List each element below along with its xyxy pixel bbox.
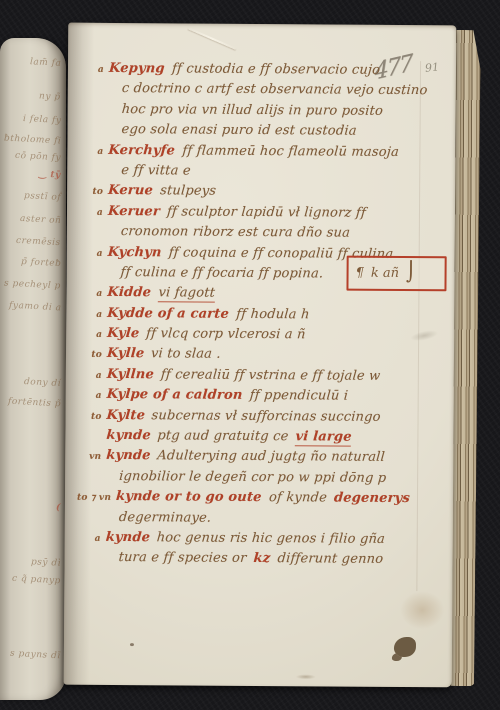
manuscript-line: tura e ff species orkzdifferunt genno [76,550,442,573]
headword: Kylle [106,346,145,361]
headword: kynde [106,428,152,443]
manuscript-line: ignobilior le degeñ cor po w ppi dōng p [77,469,443,492]
bleed-through-text: ƀtholome fi [3,134,61,147]
bleed-through-text: fortēntis p̃ [8,397,61,410]
margin-letter: a [80,65,109,75]
headword: Keruer [107,204,160,219]
manuscript-line: toKeruestulpeys [79,183,445,206]
manuscript-line: aKylpe of a caldronff ppendiculū i [78,387,444,410]
margin-letter: a [78,289,107,299]
paper-stain [400,591,444,629]
bleed-through-text: c q̃ panyp [12,574,61,587]
margin-letter: a [78,371,107,381]
manuscript-line: toKyllevi to slaa . [78,346,444,369]
line-segment: ignobilior le degeñ cor po w ppi dōng p [119,469,387,486]
headword: kynde [106,448,152,463]
margin-letter: to ⁊ vn [77,493,116,503]
margin-letter: a [79,146,108,156]
line-segment: ff hodula h [235,307,309,323]
manuscript-line: ego sola enasi puro id est custodia [79,122,445,145]
line-segment: ff sculptor lapidū vł lignorz ff [166,204,366,220]
manuscript-page: 477 91 aKepyngff custodia e ff observaci… [64,23,457,688]
edge-smudge [296,674,316,679]
bleed-through-text: cō pōn fy [15,151,62,163]
manuscript-line: vnkyndeAdulterying aud jugtg ño naturall [77,448,443,471]
bleed-through-text: ny p̃ [39,91,61,102]
small-speck [130,643,134,646]
line-segment: ff culina e ff focaria ff popina. [120,265,324,281]
line-segment: kz [253,551,271,566]
headword: Kepyng [108,61,165,76]
bleed-through-text: s pecheyl p [4,279,61,292]
line-segment: ff flammeū hoc flameolū masoja [181,143,399,160]
manuscript-line: aKeruerff sculptor lapidū vł lignorz ff [79,203,445,226]
rubricated-box: ¶ k añ ⌡ [346,256,446,292]
headword: Kyle [107,326,140,341]
line-segment: degenerys [333,491,410,507]
manuscript-line: c doctrino c artf est observancia vejo c… [80,81,446,104]
ink-blot-stain [394,637,416,657]
line-segment: e ff vitta e [121,163,192,178]
margin-letter: to [78,350,107,360]
bleed-through-text: s payns dī [10,649,61,662]
manuscript-photo: lam̃ fany p̃i fela fyƀtholome ficō pōn f… [0,0,500,710]
headword: Kerue [108,183,154,198]
manuscript-line: toKyltesubcernas vł sufforcinas succingo [77,407,443,430]
headword: Kychyn [107,244,162,259]
margin-letter: a [79,207,108,217]
line-segment: ego sola enasi puro id est custodia [121,122,357,139]
manuscript-line: cronomon riborz est cura dño sua [79,224,445,247]
previous-page-edge: lam̃ fany p̃i fela fyƀtholome ficō pōn f… [0,38,66,700]
bleed-through-text: cremēsis [16,236,61,248]
manuscript-line: aKydde of a carteff hodula h [78,305,444,328]
line-segment: vi large [295,429,353,446]
paper-crease [188,27,237,49]
headword: kynde or to go oute [116,489,263,505]
line-segment: hoc pro via vn illud alijs in puro posit… [121,102,383,119]
manuscript-line: to ⁊ vnkynde or to go outeof kyndedegene… [77,489,443,512]
headword: Kyllne [106,367,154,382]
bleed-through-text: i fela fy [22,114,61,126]
line-segment: ff vlcq corp vlcerosi a ñ [146,326,307,342]
bleed-through-text: aster oñ [19,214,61,226]
margin-letter: a [78,309,107,319]
bleed-through-text: psstī oḟ [24,191,62,203]
bleed-through-text: psȳ dì [31,557,61,569]
line-segment: ff ppendiculū i [249,388,349,404]
line-segment: ff cerealiū ff vstrina e ff tojale w [160,367,381,384]
line-segment: tura e ff species or [118,550,247,566]
line-segment: degerminaye. [118,510,212,526]
margin-letter: vn [77,452,106,462]
manuscript-line: aKerchyfeff flammeū hoc flameolū masoja [79,142,445,165]
bleed-through-text: p̃ forteƀ [20,257,61,269]
margin-letter: to [78,411,107,421]
bleed-through-text: fyamo di a [8,301,61,314]
line-segment: vi to slaa . [151,347,222,362]
headword: Kidde [107,285,152,300]
margin-letter: a [78,330,107,340]
headword: Kydde of a carte [107,306,230,322]
line-segment: c doctrino c artf est observancia vejo c… [121,81,428,98]
margin-letter: a [77,534,106,544]
line-segment: Adulterying aud jugtg ño naturall [157,449,386,466]
margin-letter: a [79,248,108,258]
line-segment: stulpeys [159,184,216,199]
line-segment: hoc genus ris hic genos i filio gña [157,530,386,547]
bleed-through-text: ‿ tȳ [39,169,61,180]
manuscript-line: aKyllneff cerealiū ff vstrina e ff tojal… [78,367,444,390]
headword: Kerchyfe [108,143,176,158]
bleed-through-text: ( [56,503,61,513]
bleed-through-text: lam̃ fa [29,57,61,69]
paraph-mark: ¶ [356,266,364,281]
headword: kynde [105,530,151,545]
line-segment: differunt genno [277,552,384,568]
line-segment: cronomon riborz est cura dño sua [120,224,350,241]
rubric-text: k añ [371,266,399,281]
margin-letter: a [78,391,107,401]
bleed-through-text: dony dí [24,377,62,389]
manuscript-line: hoc pro via vn illud alijs in puro posit… [80,102,446,125]
headword: Kylpe of a caldron [106,387,243,403]
line-segment: of kynde [268,490,327,505]
line-segment: ff custodia e ff observacio cujo [171,61,380,77]
headword: Kylte [106,408,146,423]
manuscript-line: degerminaye. [77,509,443,532]
line-segment: vi fagott [157,286,215,303]
text-block: aKepyngff custodia e ff observacio cujoc… [76,61,446,573]
bracket-flourish: ⌡ [406,261,416,283]
line-segment: ptg aud gratuitg ce [157,428,289,444]
margin-letter: to [79,187,108,197]
line-segment: subcernas vł sufforcinas succingo [151,408,381,425]
